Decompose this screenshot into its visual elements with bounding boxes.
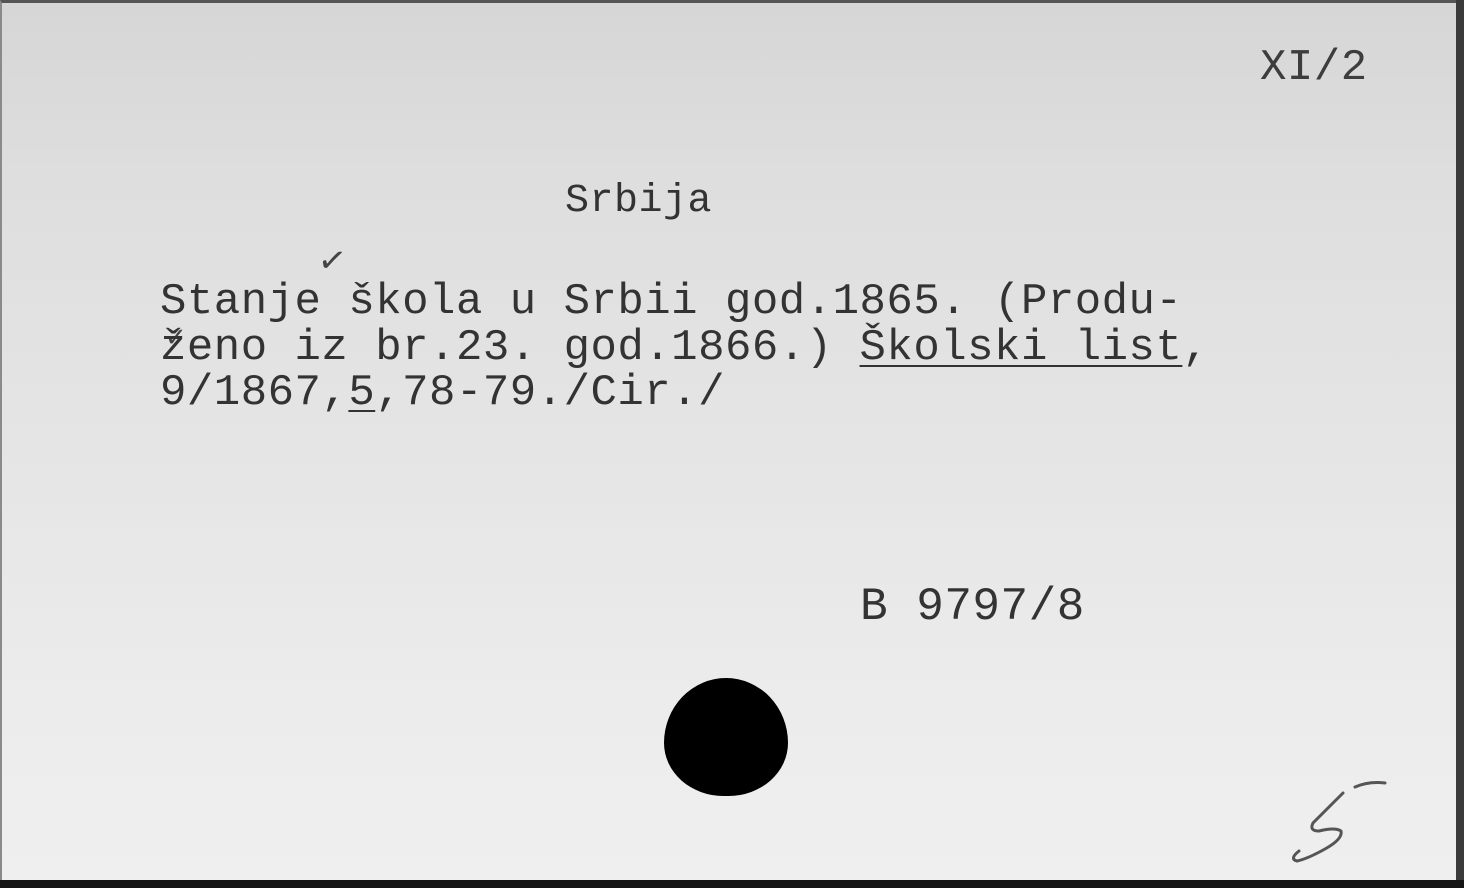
punch-hole-icon <box>664 678 788 796</box>
volume-number: 5 <box>348 368 375 418</box>
entry-line-1: Stanje škola u Srbii god.1865. (Produ- <box>160 280 1182 324</box>
scan-border <box>0 880 1464 888</box>
card-edge <box>1456 0 1464 888</box>
call-number: XI/2 <box>1260 43 1368 93</box>
subject-heading: Srbija <box>565 179 712 224</box>
handwritten-five-icon <box>1285 773 1395 873</box>
shelf-mark: B 9797/8 <box>860 581 1085 633</box>
entry-line-2-text: ženo iz br.23. god.1866.) <box>160 323 860 373</box>
source-title: Školski list <box>860 323 1183 373</box>
entry-line-3-text: 9/1867, <box>160 368 348 418</box>
entry-line-2: ženo iz br.23. god.1866.) Školski list, <box>160 326 1209 370</box>
entry-line-2-punct: , <box>1182 323 1209 373</box>
catalog-card: XI/2 Srbija ✓ ✓ Stanje škola u Srbii god… <box>0 0 1458 880</box>
entry-line-3-pages: ,78-79./Cir./ <box>375 368 725 418</box>
entry-line-3: 9/1867,5,78-79./Cir./ <box>160 371 725 415</box>
